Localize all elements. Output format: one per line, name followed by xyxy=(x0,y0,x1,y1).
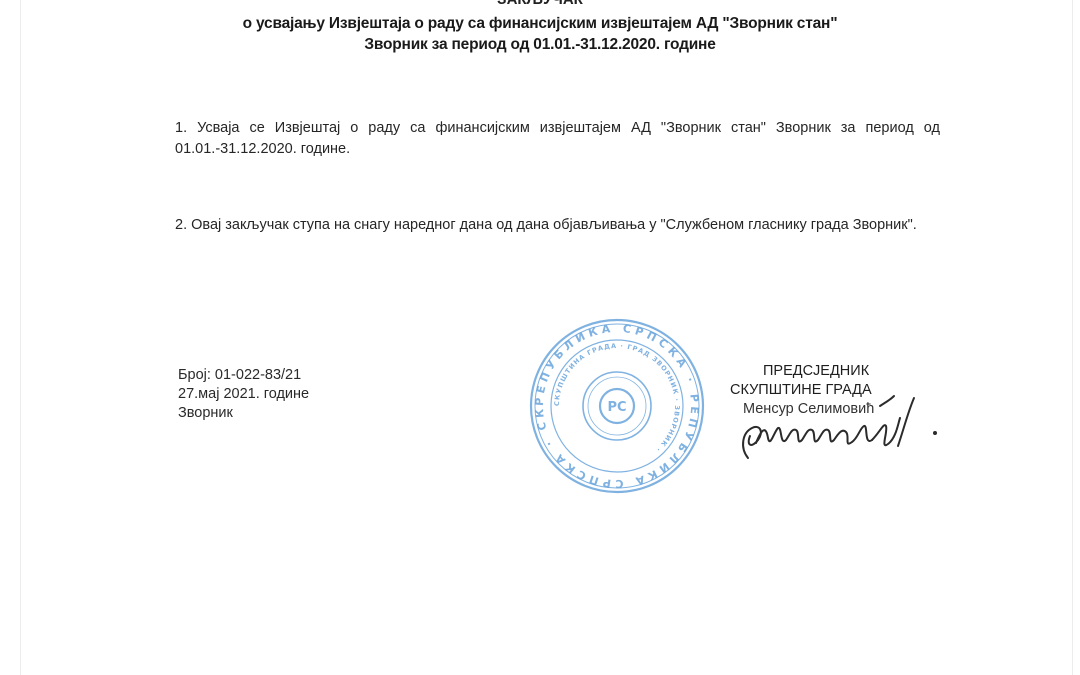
document-subject-line-1: о усвајању Извјештаја о раду са финансиј… xyxy=(0,15,1080,33)
document-subject-line-2: Зворник за период од 01.01.-31.12.2020. … xyxy=(0,36,1080,54)
scan-edge-left xyxy=(20,0,21,675)
paragraph-1: 1. Усваја се Извјештај о раду са финанси… xyxy=(175,118,940,160)
reference-block: Број: 01-022-83/21 27.мај 2021. године З… xyxy=(178,366,309,423)
document-heading: ЗАКЉУЧАК xyxy=(0,0,1080,8)
svg-text:СКУПШТИНА ГРАДА · ГРАД ЗВОРНИК: СКУПШТИНА ГРАДА · ГРАД ЗВОРНИК · ЗВОРНИК… xyxy=(553,342,681,454)
document-page: ЗАКЉУЧАК о усвајању Извјештаја о раду са… xyxy=(0,0,1080,675)
signatory-role-line-1: ПРЕДСЈЕДНИК xyxy=(763,362,869,381)
handwritten-signature-icon xyxy=(730,388,950,468)
official-stamp-icon: РЕПУБЛИКА СРПСКА · РЕПУБЛИКА СРПСКА · СК… xyxy=(527,316,707,496)
scan-edge-right xyxy=(1072,0,1073,675)
paragraph-2: 2. Овај закључак ступа на снагу наредног… xyxy=(175,215,940,236)
reference-place: Зворник xyxy=(178,404,309,423)
reference-date: 27.мај 2021. године xyxy=(178,385,309,404)
reference-number: Број: 01-022-83/21 xyxy=(178,366,309,385)
svg-text:РС: РС xyxy=(607,400,626,415)
